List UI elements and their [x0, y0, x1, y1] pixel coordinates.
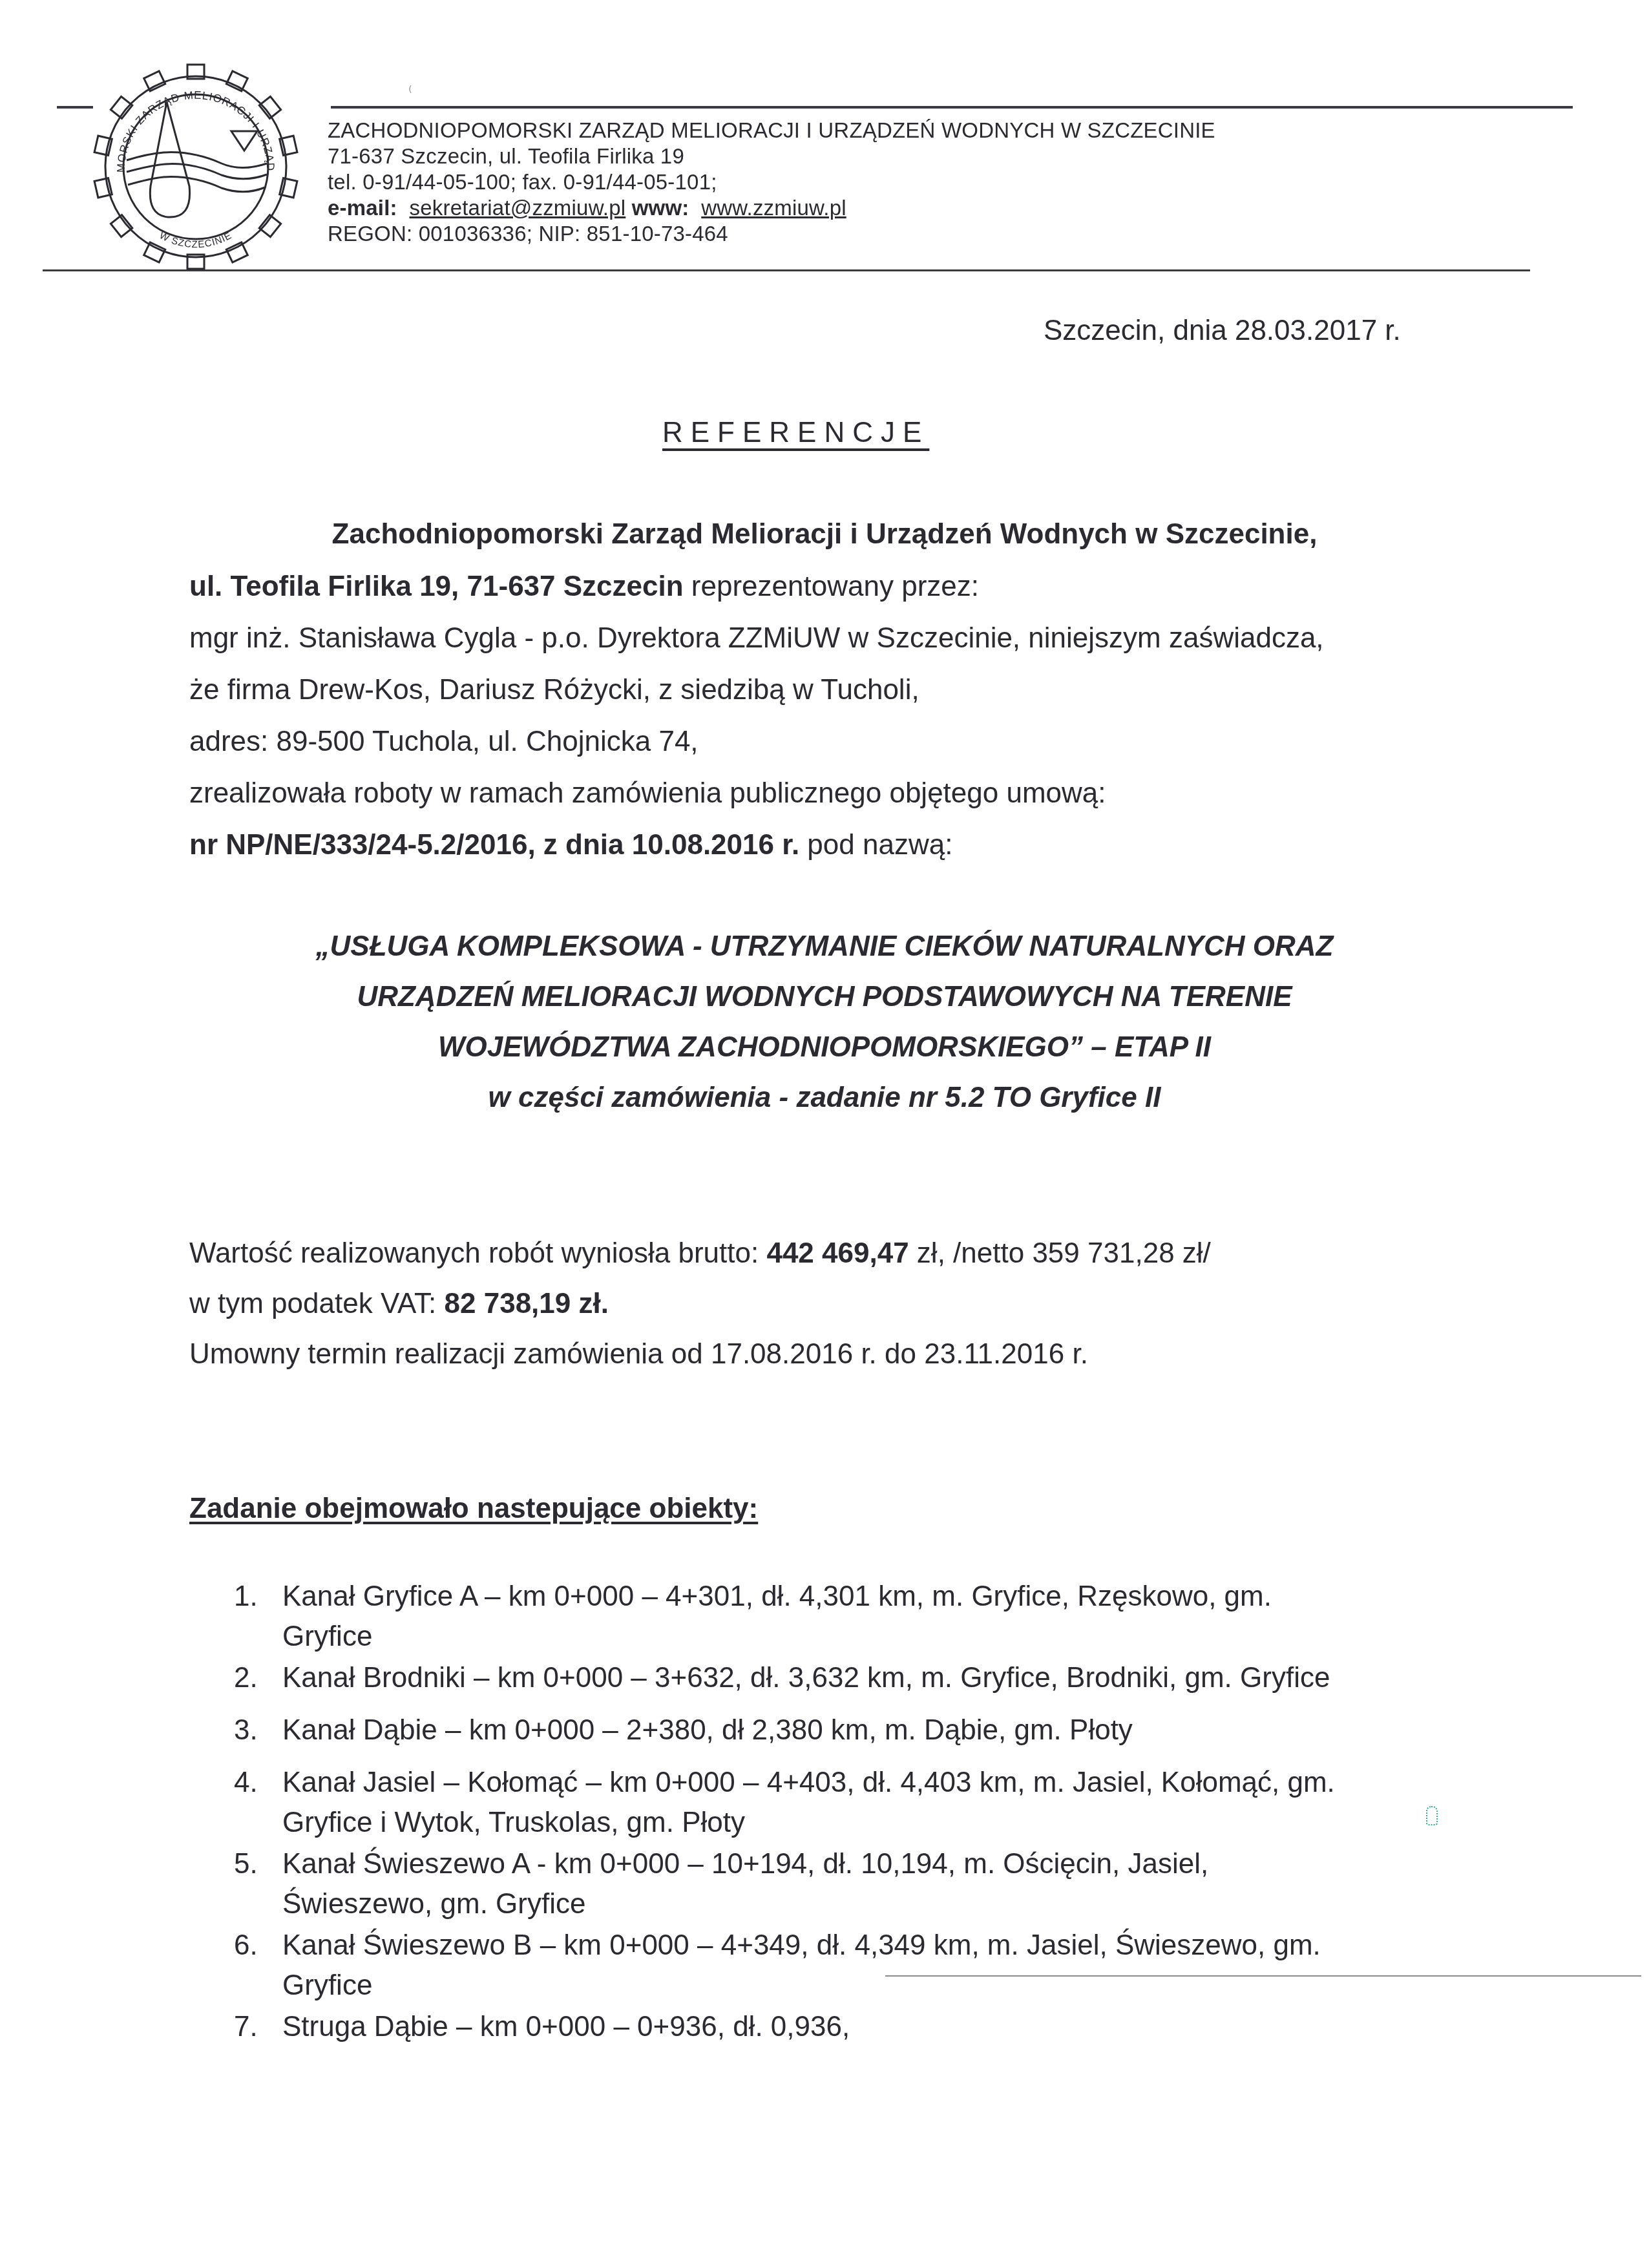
- vat-label: w tym podatek VAT:: [189, 1288, 445, 1319]
- object-number: 7.: [234, 2007, 282, 2047]
- object-number: 5.: [234, 1844, 282, 1884]
- gross-label: Wartość realizowanych robót wyniosła bru…: [189, 1237, 766, 1269]
- scan-mark-green: [1426, 1806, 1438, 1825]
- object-number: 4.: [234, 1763, 282, 1803]
- contract-number: nr NP/NE/333/24-5.2/2016, z dnia 10.08.2…: [189, 829, 799, 861]
- document-title: REFERENCJE: [662, 417, 929, 449]
- email-link[interactable]: sekretariat@zzmiuw.pl: [410, 196, 626, 220]
- object-list-item: 3.Kanał Dąbie – km 0+000 – 2+380, dł 2,3…: [234, 1710, 1133, 1750]
- subject-line-1: „USŁUGA KOMPLEKSOWA - UTRZYMANIE CIEKÓW …: [0, 930, 1649, 963]
- contractor-address-line: adres: 89-500 Tuchola, ul. Chojnicka 74,: [189, 724, 698, 760]
- issuer-org-name: Zachodniopomorski Zarząd Melioracji i Ur…: [0, 518, 1649, 551]
- scan-speck: ₍: [408, 78, 412, 96]
- object-list-item: 2.Kanał Brodniki – km 0+000 – 3+632, dł.…: [234, 1658, 1330, 1698]
- object-description: Kanał Brodniki – km 0+000 – 3+632, dł. 3…: [282, 1662, 1330, 1694]
- objects-heading: Zadanie obejmowało nastepujące obiekty:: [189, 1493, 758, 1525]
- scan-stray-line: [885, 1975, 1641, 1977]
- object-description-continued: Gryfice: [234, 1966, 1321, 2006]
- document-date: Szczecin, dnia 28.03.2017 r.: [1044, 315, 1401, 347]
- vat-value: 82 738,19 zł.: [445, 1288, 609, 1319]
- contract-number-line: nr NP/NE/333/24-5.2/2016, z dnia 10.08.2…: [189, 827, 952, 863]
- gross-unit: zł,: [909, 1237, 945, 1269]
- letterhead-org-name: ZACHODNIOPOMORSKI ZARZĄD MELIORACJI I UR…: [328, 118, 1215, 143]
- object-list-item: 5.Kanał Świeszewo A - km 0+000 – 10+194,…: [234, 1844, 1208, 1924]
- subject-line-2: URZĄDZEŃ MELIORACJI WODNYCH PODSTAWOWYCH…: [0, 981, 1649, 1013]
- contract-intro-line: zrealizowała roboty w ramach zamówienia …: [189, 775, 1106, 812]
- object-list-item: 6.Kanał Świeszewo B – km 0+000 – 4+349, …: [234, 1926, 1321, 2006]
- object-list-item: 7.Struga Dąbie – km 0+000 – 0+936, dł. 0…: [234, 2007, 850, 2047]
- object-description: Kanał Gryfice A – km 0+000 – 4+301, dł. …: [282, 1580, 1272, 1612]
- header-rule-top: [331, 106, 1573, 109]
- object-description: Struga Dąbie – km 0+000 – 0+936, dł. 0,9…: [282, 2011, 850, 2042]
- issuer-address: ul. Teofila Firlika 19, 71-637 Szczecin: [189, 571, 684, 602]
- term-line: Umowny termin realizacji zamówienia od 1…: [189, 1336, 1088, 1372]
- www-label: www:: [632, 196, 689, 220]
- subject-line-4: w części zamówienia - zadanie nr 5.2 TO …: [0, 1082, 1649, 1114]
- object-number: 3.: [234, 1710, 282, 1750]
- contract-name-label: pod nazwą:: [799, 829, 952, 861]
- vat-line: w tym podatek VAT: 82 738,19 zł.: [189, 1286, 609, 1322]
- object-list-item: 1.Kanał Gryfice A – km 0+000 – 4+301, dł…: [234, 1577, 1272, 1657]
- organization-logo-icon: ZACHODNIOPOMORSKI ZARZĄD MELIORACJI I UR…: [89, 57, 302, 277]
- website-link[interactable]: www.zzmiuw.pl: [701, 196, 846, 220]
- contractor-line: że firma Drew-Kos, Dariusz Różycki, z si…: [189, 672, 919, 708]
- object-number: 2.: [234, 1658, 282, 1698]
- subject-line-3: WOJEWÓDZTWA ZACHODNIOPOMORSKIEGO” – ETAP…: [0, 1031, 1649, 1064]
- object-number: 1.: [234, 1577, 282, 1617]
- letterhead-regon-nip: REGON: 001036336; NIP: 851-10-73-464: [328, 221, 728, 247]
- letterhead-contact-line: e-mail: sekretariat@zzmiuw.pl www: www.z…: [328, 195, 846, 221]
- representative-line: mgr inż. Stanisława Cygla - p.o. Dyrekto…: [189, 620, 1324, 656]
- header-rule-top-left: [57, 106, 93, 109]
- object-description-continued: Świeszewo, gm. Gryfice: [234, 1884, 1208, 1924]
- gross-value: 442 469,47: [766, 1237, 909, 1269]
- object-description-continued: Gryfice i Wytok, Truskolas, gm. Płoty: [234, 1803, 1335, 1843]
- object-list-item: 4.Kanał Jasiel – Kołomąć – km 0+000 – 4+…: [234, 1763, 1335, 1843]
- object-description-continued: Gryfice: [234, 1617, 1272, 1657]
- issuer-address-line: ul. Teofila Firlika 19, 71-637 Szczecin …: [189, 569, 979, 605]
- object-description: Kanał Świeszewo A - km 0+000 – 10+194, d…: [282, 1848, 1208, 1880]
- email-label: e-mail:: [328, 196, 397, 220]
- letterhead-phone-fax: tel. 0-91/44-05-100; fax. 0-91/44-05-101…: [328, 169, 717, 195]
- object-description: Kanał Jasiel – Kołomąć – km 0+000 – 4+40…: [282, 1767, 1335, 1798]
- object-number: 6.: [234, 1926, 282, 1966]
- net-value: /netto 359 731,28 zł/: [945, 1237, 1211, 1269]
- letterhead-address: 71-637 Szczecin, ul. Teofila Firlika 19: [328, 143, 684, 169]
- gross-value-line: Wartość realizowanych robót wyniosła bru…: [189, 1235, 1211, 1272]
- object-description: Kanał Świeszewo B – km 0+000 – 4+349, dł…: [282, 1929, 1321, 1961]
- object-description: Kanał Dąbie – km 0+000 – 2+380, dł 2,380…: [282, 1714, 1133, 1746]
- represented-by-text: reprezentowany przez:: [684, 571, 979, 602]
